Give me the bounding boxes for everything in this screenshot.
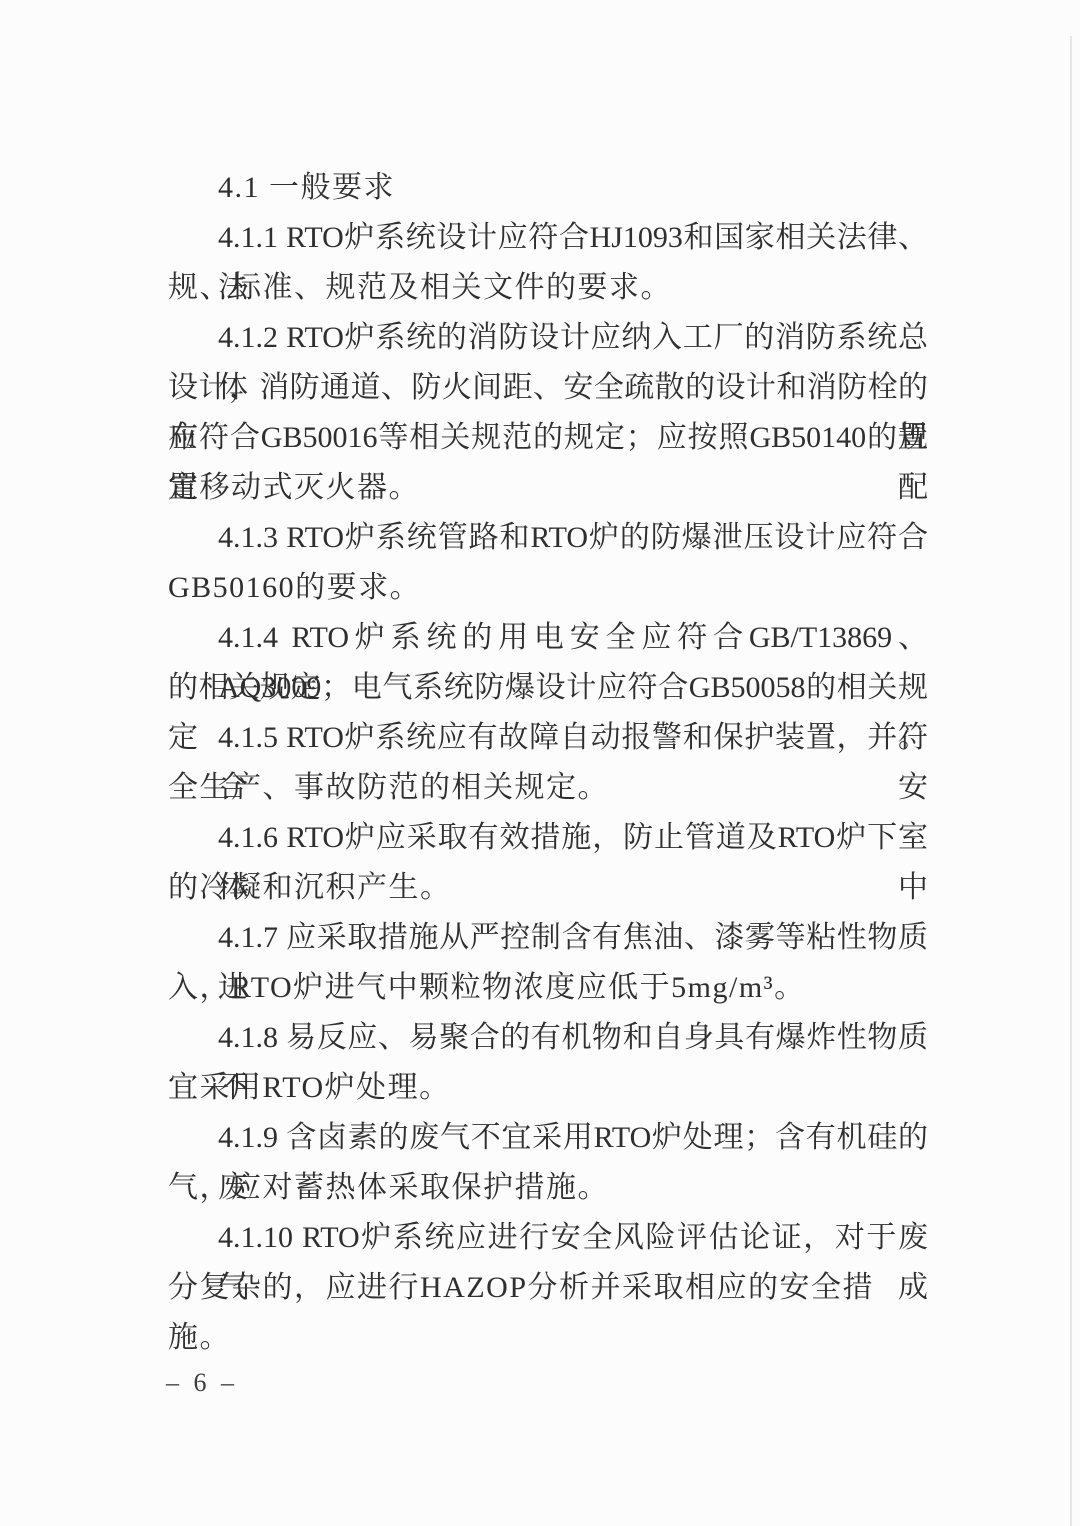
line-4-1-2-c: 应符合GB50016等相关规范的规定；应按照GB50140的规定配 [168,413,928,463]
scan-edge-line [1070,36,1072,1526]
line-4-1-7-a: 4.1.7 应采取措施从严控制含有焦油、漆雾等粘性物质进 [168,913,928,963]
body-text: 4.1 一般要求 4.1.1 RTO炉系统设计应符合HJ1093和国家相关法律、… [168,163,928,1313]
page-number: – 6 – [166,1366,238,1400]
line-4-1-6-a: 4.1.6 RTO炉应采取有效措施，防止管道及RTO炉下室体中 [168,813,928,863]
line-4-1-4-b: 的相关规定；电气系统防爆设计应符合GB50058的相关规定。 [168,663,928,713]
line-4-1-1-b: 规、标准、规范及相关文件的要求。 [168,263,928,313]
line-4-1-9-a: 4.1.9 含卤素的废气不宜采用RTO炉处理；含有机硅的废 [168,1113,928,1163]
line-4-1-3-b: GB50160的要求。 [168,563,928,613]
line-4-1-2-a: 4.1.2 RTO炉系统的消防设计应纳入工厂的消防系统总体 [168,313,928,363]
line-4-1-10-b: 分复杂的，应进行HAZOP分析并采取相应的安全措施。 [168,1263,928,1313]
line-4-1-1-a: 4.1.1 RTO炉系统设计应符合HJ1093和国家相关法律、法 [168,213,928,263]
line-4-1-7-b: 入，RTO炉进气中颗粒物浓度应低于5mg/m³。 [168,963,928,1013]
section-heading-4-1: 4.1 一般要求 [168,163,928,213]
line-4-1-10-a: 4.1.10 RTO炉系统应进行安全风险评估论证，对于废气成 [168,1213,928,1263]
line-4-1-8-a: 4.1.8 易反应、易聚合的有机物和自身具有爆炸性物质不 [168,1013,928,1063]
document-page: 4.1 一般要求 4.1.1 RTO炉系统设计应符合HJ1093和国家相关法律、… [0,0,1080,1526]
line-4-1-9-b: 气，应对蓄热体采取保护措施。 [168,1163,928,1213]
line-4-1-4-a: 4.1.4 RTO炉系统的用电安全应符合GB/T13869、AQ3009 [168,613,928,663]
line-4-1-2-b: 设计，消防通道、防火间距、安全疏散的设计和消防栓的布置 [168,363,928,413]
line-4-1-5-a: 4.1.5 RTO炉系统应有故障自动报警和保护装置，并符合安 [168,713,928,763]
line-4-1-8-b: 宜采用RTO炉处理。 [168,1063,928,1113]
line-4-1-3-a: 4.1.3 RTO炉系统管路和RTO炉的防爆泄压设计应符合 [168,513,928,563]
